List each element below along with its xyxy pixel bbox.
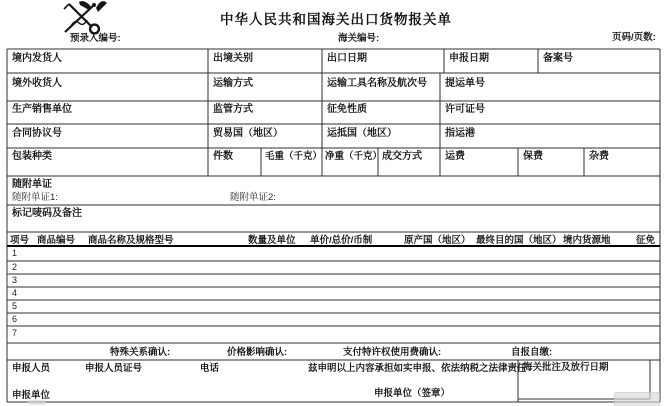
field-transport-name-voyage: 运输工具名称及航次号 [327, 79, 427, 89]
customs-number-label: 海关编号: [338, 34, 379, 44]
field-arrival-country: 运抵国（地区） [327, 129, 397, 139]
col-commodity-code: 商品编号 [37, 236, 75, 246]
phone-label: 电话 [200, 364, 219, 374]
field-declare-date: 申报日期 [449, 54, 489, 64]
field-net-weight: 净重（千克） [325, 152, 382, 162]
item-row-number: 7 [12, 329, 17, 338]
field-misc-fees: 杂费 [589, 152, 609, 162]
field-contract-no: 合同协议号 [12, 129, 62, 139]
field-overseas-consignee: 境外收货人 [12, 79, 62, 89]
field-domestic-consignor: 境内发货人 [12, 54, 62, 64]
customs-endorsement-label: 海关批注及放行日期 [523, 363, 609, 373]
watermark-remnant [614, 392, 660, 406]
item-row-number: 1 [12, 249, 17, 258]
attached-documents-label: 随附单证 [12, 180, 52, 190]
special-relation-confirm-label: 特殊关系确认: [110, 348, 170, 358]
col-item-no: 项号 [10, 236, 29, 246]
field-supervision-mode: 监管方式 [213, 105, 253, 115]
marks-remarks-label: 标记唛码及备注 [12, 209, 82, 219]
attached-document-1-label: 随附单证1: [12, 193, 58, 203]
field-gross-weight: 毛重（千克） [265, 152, 322, 162]
col-domestic-source: 境内货源地 [563, 236, 611, 246]
field-trade-country: 贸易国（地区） [213, 129, 283, 139]
declarant-label: 申报人员 [12, 364, 50, 374]
col-origin-country: 原产国（地区） [404, 236, 471, 246]
col-final-destination-country: 最终目的国（地区） [476, 236, 562, 246]
field-transport-mode: 运输方式 [213, 79, 253, 89]
declarant-id-label: 申报人员证号 [85, 364, 142, 374]
royalty-payment-confirm-label: 支付特许权使用费确认: [343, 348, 441, 358]
col-exemption: 征免 [636, 236, 655, 246]
field-packing-type: 包装种类 [12, 152, 52, 162]
declaring-unit-seal-label: 申报单位（签章） [374, 389, 450, 399]
attached-document-2-label: 随附单证2: [230, 193, 276, 203]
field-freight: 运费 [445, 152, 465, 162]
form-title: 中华人民共和国海关出口货物报关单 [0, 8, 672, 28]
field-exemption-nature: 征免性质 [327, 105, 367, 115]
field-transaction-mode: 成交方式 [382, 152, 422, 162]
field-insurance: 保费 [523, 152, 543, 162]
field-exit-customs: 出境关别 [213, 54, 253, 64]
col-unit-total-price-currency: 单价/总价/币制 [310, 236, 372, 246]
field-export-date: 出口日期 [327, 54, 367, 64]
customs-declaration-form: 中华人民共和国海关出口货物报关单 预录入编号: 海关编号: 页码/页数: 境内发… [0, 0, 672, 406]
field-bill-of-lading-no: 提运单号 [445, 79, 485, 89]
item-row-number: 4 [12, 289, 17, 298]
declaration-statement: 兹申明以上内容承担如实申报、依法纳税之法律责任 [308, 364, 527, 374]
item-row-number: 3 [12, 276, 17, 285]
field-production-sales-unit: 生产销售单位 [12, 105, 72, 115]
price-influence-confirm-label: 价格影响确认: [227, 348, 287, 358]
field-license-no: 许可证号 [445, 105, 485, 115]
item-row-number: 2 [12, 263, 17, 272]
field-destination-port: 指运港 [445, 129, 475, 139]
watermark-remnant [28, 400, 46, 405]
item-row-number: 5 [12, 302, 17, 311]
col-quantity-unit: 数量及单位 [248, 236, 296, 246]
self-declare-label: 自报自缴: [511, 348, 552, 358]
col-commodity-name-spec: 商品名称及规格型号 [88, 236, 174, 246]
field-pieces: 件数 [213, 152, 233, 162]
field-record-no: 备案号 [543, 54, 573, 64]
page-number-label: 页码/页数: [612, 33, 656, 43]
pre-entry-number-label: 预录入编号: [70, 34, 121, 44]
item-row-number: 6 [12, 315, 17, 324]
